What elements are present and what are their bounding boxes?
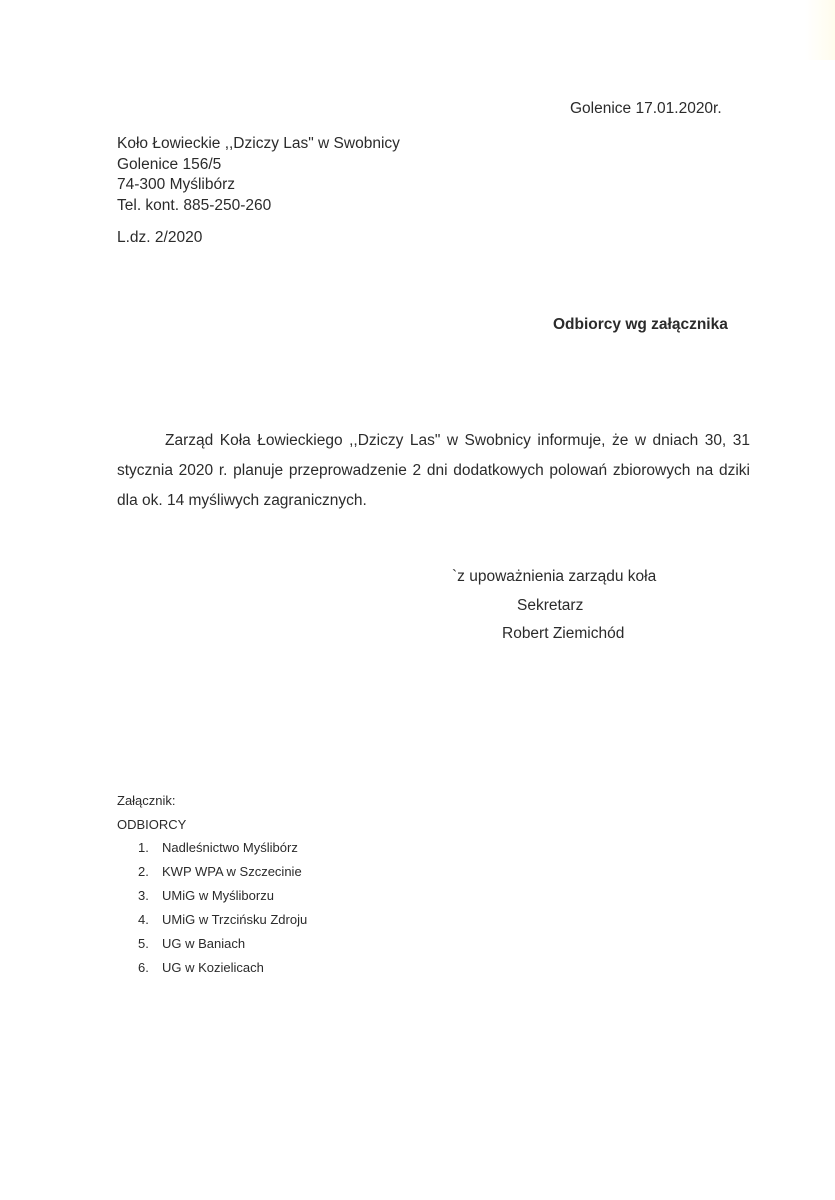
body-paragraph: Zarząd Koła Łowieckiego ,,Dziczy Las" w … <box>117 426 750 516</box>
attachment-label: Załącznik: <box>117 793 176 809</box>
list-item: 5.UG w Baniach <box>138 936 307 960</box>
sender-street: Golenice 156/5 <box>117 155 400 176</box>
list-item: 1.Nadleśnictwo Myślibórz <box>138 840 307 864</box>
attachment-title: ODBIORCY <box>117 817 186 833</box>
signature-name: Robert Ziemichód <box>502 624 624 644</box>
sender-city: 74-300 Myślibórz <box>117 175 400 196</box>
reference-number: L.dz. 2/2020 <box>117 228 202 248</box>
sender-name: Koło Łowieckie ,,Dziczy Las" w Swobnicy <box>117 134 400 155</box>
place-date: Golenice 17.01.2020r. <box>570 99 722 119</box>
signature-role: Sekretarz <box>517 596 583 616</box>
scan-edge-tint <box>805 0 835 60</box>
list-item: 2.KWP WPA w Szczecinie <box>138 864 307 888</box>
list-item: 4.UMiG w Trzcińsku Zdroju <box>138 912 307 936</box>
sender-phone: Tel. kont. 885-250-260 <box>117 196 400 217</box>
list-item: 6.UG w Kozielicach <box>138 960 307 984</box>
letter-body: Zarząd Koła Łowieckiego ,,Dziczy Las" w … <box>117 426 750 516</box>
letter-page: Golenice 17.01.2020r. Koło Łowieckie ,,D… <box>0 0 835 1200</box>
sender-address: Koło Łowieckie ,,Dziczy Las" w Swobnicy … <box>117 134 400 216</box>
list-item: 3.UMiG w Myśliborzu <box>138 888 307 912</box>
recipients-list: 1.Nadleśnictwo Myślibórz 2.KWP WPA w Szc… <box>138 840 307 984</box>
recipient: Odbiorcy wg załącznika <box>553 315 728 335</box>
signature-authorization: `z upoważnienia zarządu koła <box>452 567 656 587</box>
